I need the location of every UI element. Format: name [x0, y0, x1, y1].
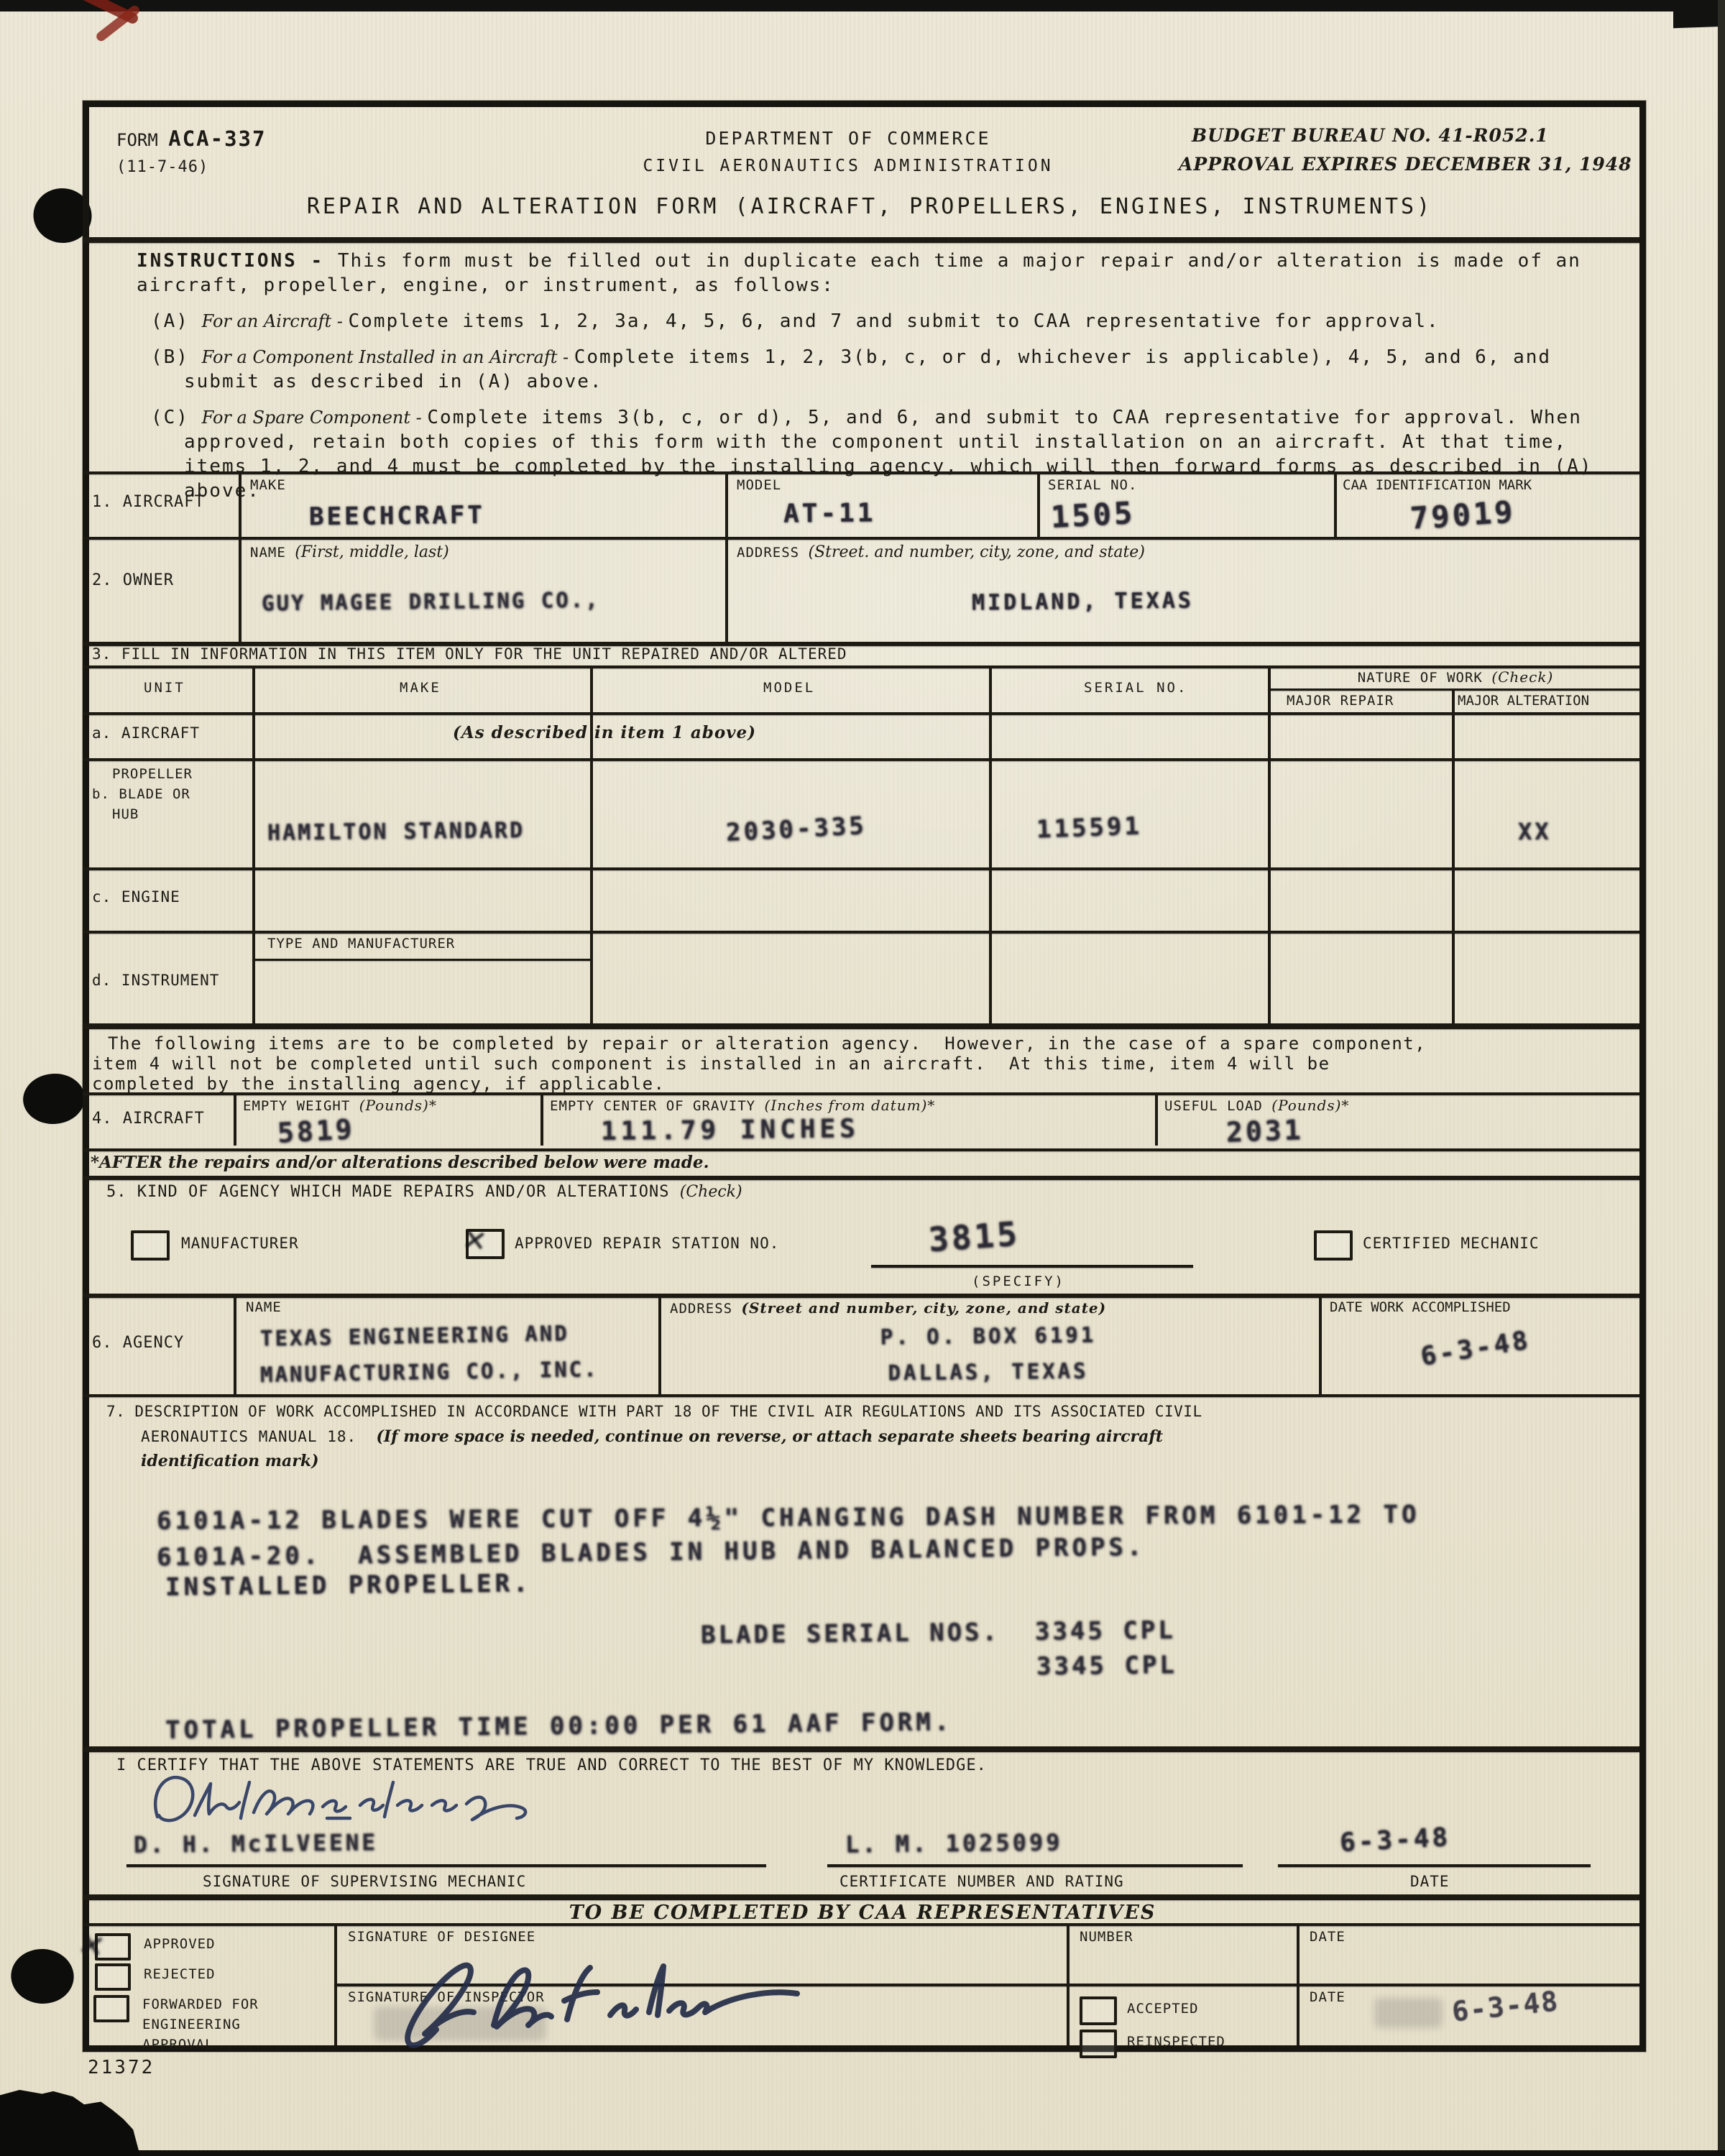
grid-line: [252, 665, 255, 1023]
specify-label: (SPECIFY): [972, 1273, 1065, 1289]
item2-address-note: (Street. and number, city, zone, and sta…: [809, 543, 1145, 561]
instructions-lead: INSTRUCTIONS -: [137, 250, 338, 272]
caa-section-title: TO BE COMPLETED BY CAA REPRESENTATIVES: [503, 1902, 1222, 1924]
instruction-tag: (B): [151, 346, 202, 368]
nature-label-text: NATURE OF WORK: [1358, 670, 1492, 686]
mechanic-name-value: D. H. McILVEENE: [134, 1830, 378, 1858]
item4-intro-line2: item 4 will not be completed until such …: [92, 1054, 1330, 1074]
forwarded-label-line2: ENGINEERING: [142, 2017, 241, 2032]
item4-footnote: *AFTER the repairs and/or alterations de…: [91, 1153, 709, 1172]
number-label: NUMBER: [1080, 1929, 1133, 1945]
grid-line: [83, 537, 1639, 540]
scan-edge-bottom: [0, 2150, 1725, 2156]
instruction-item-b: (B) For a Component Installed in an Airc…: [137, 345, 1624, 394]
item3-row-b-label-2: b. BLADE OR: [92, 786, 190, 802]
grid-line: [1155, 1092, 1158, 1146]
grid-line: [1268, 665, 1271, 1023]
item3-col-major-repair: MAJOR REPAIR: [1287, 693, 1394, 709]
section-line: [83, 1176, 1639, 1180]
page-serial-number: 21372: [88, 2057, 155, 2078]
grid-line: [989, 665, 992, 1023]
item4-footnote-text: the repairs and/or alterations described…: [168, 1153, 709, 1172]
instructions-intro: INSTRUCTIONS - This form must be filled …: [137, 249, 1624, 298]
instructions-block: INSTRUCTIONS - This form must be filled …: [137, 249, 1624, 503]
reinspected-checkbox: [1080, 2030, 1117, 2058]
item2-name-label: NAME (First, middle, last): [250, 543, 449, 561]
item3-col-model: MODEL: [763, 680, 815, 696]
blade-serial-line1: BLADE SERIAL NOS. 3345 CPL: [701, 1616, 1176, 1650]
instruction-tag: (A): [151, 310, 202, 332]
item2-address-label: ADDRESS (Street. and number, city, zone,…: [737, 543, 1145, 561]
item4-load-note: (Pounds)*: [1271, 1097, 1349, 1114]
certified-mechanic-label: CERTIFIED MECHANIC: [1363, 1235, 1540, 1252]
hole-punch: [22, 1072, 86, 1126]
item7-label-line2: AERONAUTICS MANUAL 18. (If more space is…: [141, 1427, 1163, 1446]
scan-edge-top: [0, 0, 1725, 11]
item6-address-label-text: ADDRESS: [670, 1301, 742, 1317]
certificate-label: CERTIFICATE NUMBER AND RATING: [839, 1873, 1124, 1890]
rejected-checkbox: [95, 1963, 131, 1991]
repair-station-number: 3815: [927, 1215, 1021, 1260]
forwarded-checkbox: [93, 1995, 129, 2022]
form-revision: (11-7-46): [116, 158, 208, 176]
signature-underline: [126, 1864, 766, 1867]
instruction-lead: For an Aircraft -: [202, 311, 349, 331]
form-number-code: ACA-337: [168, 126, 266, 151]
item7-label-note2: identification mark): [141, 1452, 319, 1470]
item3-col-make: MAKE: [400, 680, 441, 696]
item1-label: 1. AIRCRAFT: [92, 493, 205, 511]
budget-bureau: BUDGET BUREAU NO. 41-R052.1: [1192, 125, 1549, 146]
item7-label-note1: (If more space is needed, continue on re…: [376, 1427, 1163, 1446]
address-label-text: ADDRESS: [737, 545, 809, 561]
grid-line: [234, 1092, 236, 1146]
item5-header: 5. KIND OF AGENCY WHICH MADE REPAIRS AND…: [106, 1183, 742, 1201]
rejected-label: REJECTED: [144, 1966, 216, 1982]
item1-serial-label: SERIAL NO.: [1048, 477, 1137, 493]
item4-weight-label: EMPTY WEIGHT (Pounds)*: [243, 1097, 437, 1114]
blade-serial-line2: 3345 CPL: [1036, 1651, 1177, 1681]
item6-address-line1: P. O. BOX 6191: [819, 1322, 1157, 1350]
item3-row-b-make: HAMILTON STANDARD: [267, 818, 525, 846]
grid-line: [234, 1294, 236, 1394]
work-description-line3: INSTALLED PROPELLER.: [165, 1569, 532, 1601]
reinspected-label: REINSPECTED: [1127, 2034, 1225, 2050]
date-stamp-smudge: [1374, 1998, 1443, 2028]
hole-punch: [9, 1948, 75, 2005]
repair-station-label: APPROVED REPAIR STATION NO.: [515, 1235, 779, 1252]
item4-load-value: 2031: [1225, 1114, 1304, 1148]
caa-date-label-bottom: DATE: [1310, 1989, 1345, 2005]
item4-intro-line3: completed by the installing agency, if a…: [92, 1074, 665, 1094]
grid-line: [83, 712, 1639, 715]
manufacturer-checkbox: [131, 1230, 170, 1261]
item2-name-value: GUY MAGEE DRILLING CO.,: [262, 588, 600, 616]
section-line: [83, 1746, 1639, 1752]
item4-intro-line1: The following items are to be completed …: [108, 1033, 1426, 1054]
item3-col-nature: NATURE OF WORK (Check): [1272, 668, 1639, 686]
scanned-form-page: FORM ACA-337 (11-7-46) DEPARTMENT OF COM…: [0, 0, 1725, 2156]
item4-label: 4. AIRCRAFT: [92, 1110, 205, 1128]
item6-address-label: ADDRESS (Street and number, city, zone, …: [670, 1299, 1106, 1317]
grid-line: [83, 931, 1639, 934]
item4-load-label: USEFUL LOAD (Pounds)*: [1164, 1097, 1349, 1114]
item2-label: 2. OWNER: [92, 571, 174, 589]
form-number: FORM ACA-337: [116, 126, 266, 151]
item3-header: 3. FILL IN INFORMATION IN THIS ITEM ONLY…: [92, 645, 847, 663]
item4-cg-note: (Inches from datum)*: [765, 1097, 936, 1114]
item6-name-label: NAME: [246, 1299, 282, 1315]
specify-underline: [871, 1265, 1193, 1268]
form-number-label: FORM: [116, 130, 158, 150]
grid-line: [83, 1923, 1639, 1926]
designee-label: SIGNATURE OF DESIGNEE: [348, 1929, 535, 1945]
grid-line: [1334, 471, 1337, 540]
item1-serial-value: 1505: [1050, 495, 1136, 535]
caa-date-label: DATE: [1310, 1929, 1345, 1945]
item5-header-text: 5. KIND OF AGENCY WHICH MADE REPAIRS AND…: [106, 1183, 680, 1201]
load-label-text: USEFUL LOAD: [1164, 1098, 1271, 1114]
item2-name-note: (First, middle, last): [295, 543, 449, 561]
cg-label-text: EMPTY CENTER OF GRAVITY: [550, 1098, 765, 1114]
grid-line: [658, 1294, 661, 1394]
grid-line: [239, 471, 241, 540]
item3-row-a-label: a. AIRCRAFT: [92, 724, 200, 742]
item3-col-serial: SERIAL NO.: [1084, 680, 1187, 696]
grid-line: [83, 1394, 1639, 1397]
item4-cg-value: 111.79 INCHES: [601, 1114, 860, 1146]
approval-expires: APPROVAL EXPIRES DECEMBER 31, 1948: [1179, 154, 1632, 175]
item3-row-b-label-1: PROPELLER: [112, 766, 193, 782]
grid-line: [1268, 688, 1639, 691]
item2-address-value: MIDLAND, TEXAS: [972, 588, 1194, 615]
item3-col-major-alteration: MAJOR ALTERATION: [1458, 693, 1589, 709]
item7-label-line2-text: AERONAUTICS MANUAL 18.: [141, 1428, 376, 1445]
item1-model-value: AT-11: [783, 498, 876, 528]
grid-line: [252, 959, 590, 961]
item6-address-line2: DALLAS, TEXAS: [819, 1358, 1157, 1386]
forwarded-label-line3: APPROVAL: [142, 2037, 214, 2053]
section-line: [83, 1894, 1639, 1900]
item6-label: 6. AGENCY: [92, 1334, 184, 1352]
item3-row-c-label: c. ENGINE: [92, 888, 180, 906]
instructions-intro-text: This form must be filled out in duplicat…: [137, 250, 1581, 296]
item3-row-a-note: (As described in item 1 above): [453, 723, 756, 742]
item1-make-label: MAKE: [250, 477, 286, 493]
grid-line: [83, 471, 1639, 474]
administration-name: CIVIL AERONAUTICS ADMINISTRATION: [561, 157, 1136, 175]
section-line: [83, 1023, 1639, 1029]
divider-line: [83, 237, 1639, 243]
certify-date-label: DATE: [1410, 1873, 1450, 1890]
accepted-label: ACCEPTED: [1127, 2001, 1199, 2017]
inspector-signature: [392, 1945, 823, 2065]
section-line: [83, 1294, 1639, 1298]
item4-footnote-lead: *AFTER: [91, 1153, 168, 1172]
scan-edge-right: [1718, 0, 1725, 2156]
grid-line: [83, 1148, 1639, 1151]
item1-model-label: MODEL: [737, 477, 781, 493]
grid-line: [725, 471, 728, 540]
item3-col-nature-note: (Check): [1491, 668, 1553, 686]
grid-line: [1452, 688, 1455, 1023]
item6-address-note: (Street and number, city, zone, and stat…: [742, 1299, 1107, 1317]
item3-row-b-label-3: HUB: [112, 806, 139, 822]
item1-caa-label: CAA IDENTIFICATION MARK: [1343, 477, 1532, 493]
item3-row-b-alteration: XX: [1518, 818, 1552, 845]
instruction-text: Complete items 1, 2, 3a, 4, 5, 6, and 7 …: [349, 310, 1440, 332]
manufacturer-label: MANUFACTURER: [181, 1235, 299, 1252]
item4-weight-note: (Pounds)*: [359, 1097, 437, 1114]
grid-line: [83, 867, 1639, 870]
certify-date-value: 6-3-48: [1339, 1823, 1451, 1858]
grid-line: [725, 537, 728, 642]
certificate-number-value: L. M. 1025099: [845, 1828, 1063, 1858]
item4-cg-label: EMPTY CENTER OF GRAVITY (Inches from dat…: [550, 1097, 935, 1114]
approved-label: APPROVED: [144, 1936, 216, 1952]
grid-line: [83, 758, 1639, 761]
item4-weight-value: 5819: [277, 1113, 356, 1149]
weight-label-text: EMPTY WEIGHT: [243, 1098, 359, 1114]
grid-line: [1319, 1294, 1322, 1394]
item7-label-line1: 7. DESCRIPTION OF WORK ACCOMPLISHED IN A…: [106, 1403, 1202, 1420]
department-name: DEPARTMENT OF COMMERCE: [561, 128, 1136, 149]
grid-line: [540, 1092, 543, 1146]
item1-make-value: BEECHCRAFT: [309, 501, 485, 532]
form-title: REPAIR AND ALTERATION FORM (AIRCRAFT, PR…: [216, 194, 1524, 219]
item1-caa-value: 79019: [1409, 494, 1516, 536]
forwarded-label-line1: FORWARDED FOR: [142, 1996, 259, 2012]
instruction-item-a: (A) For an Aircraft - Complete items 1, …: [137, 309, 1624, 333]
item3-row-d-sub: TYPE AND MANUFACTURER: [267, 936, 455, 952]
date-underline: [1278, 1864, 1591, 1867]
item3-row-d-label: d. INSTRUMENT: [92, 972, 219, 989]
grid-line: [239, 537, 241, 642]
scan-corner-blob: [0, 2090, 140, 2156]
instruction-tag: (C): [151, 407, 202, 428]
name-label-text: NAME: [250, 545, 295, 561]
accepted-checkbox: [1080, 1996, 1117, 2025]
grid-line: [83, 1092, 1639, 1095]
mechanic-signature-label: SIGNATURE OF SUPERVISING MECHANIC: [203, 1873, 526, 1890]
grid-line: [590, 665, 593, 1023]
item3-col-unit: UNIT: [144, 680, 185, 696]
item6-date-label: DATE WORK ACCOMPLISHED: [1330, 1299, 1511, 1315]
item3-row-b-serial: 115591: [1036, 811, 1142, 844]
certificate-underline: [827, 1864, 1243, 1867]
certified-mechanic-checkbox: [1314, 1230, 1353, 1261]
item5-header-note: (Check): [680, 1183, 742, 1201]
instruction-lead: For a Component Installed in an Aircraft…: [202, 347, 574, 367]
grid-line: [1037, 471, 1040, 540]
instruction-lead: For a Spare Component -: [202, 407, 428, 428]
